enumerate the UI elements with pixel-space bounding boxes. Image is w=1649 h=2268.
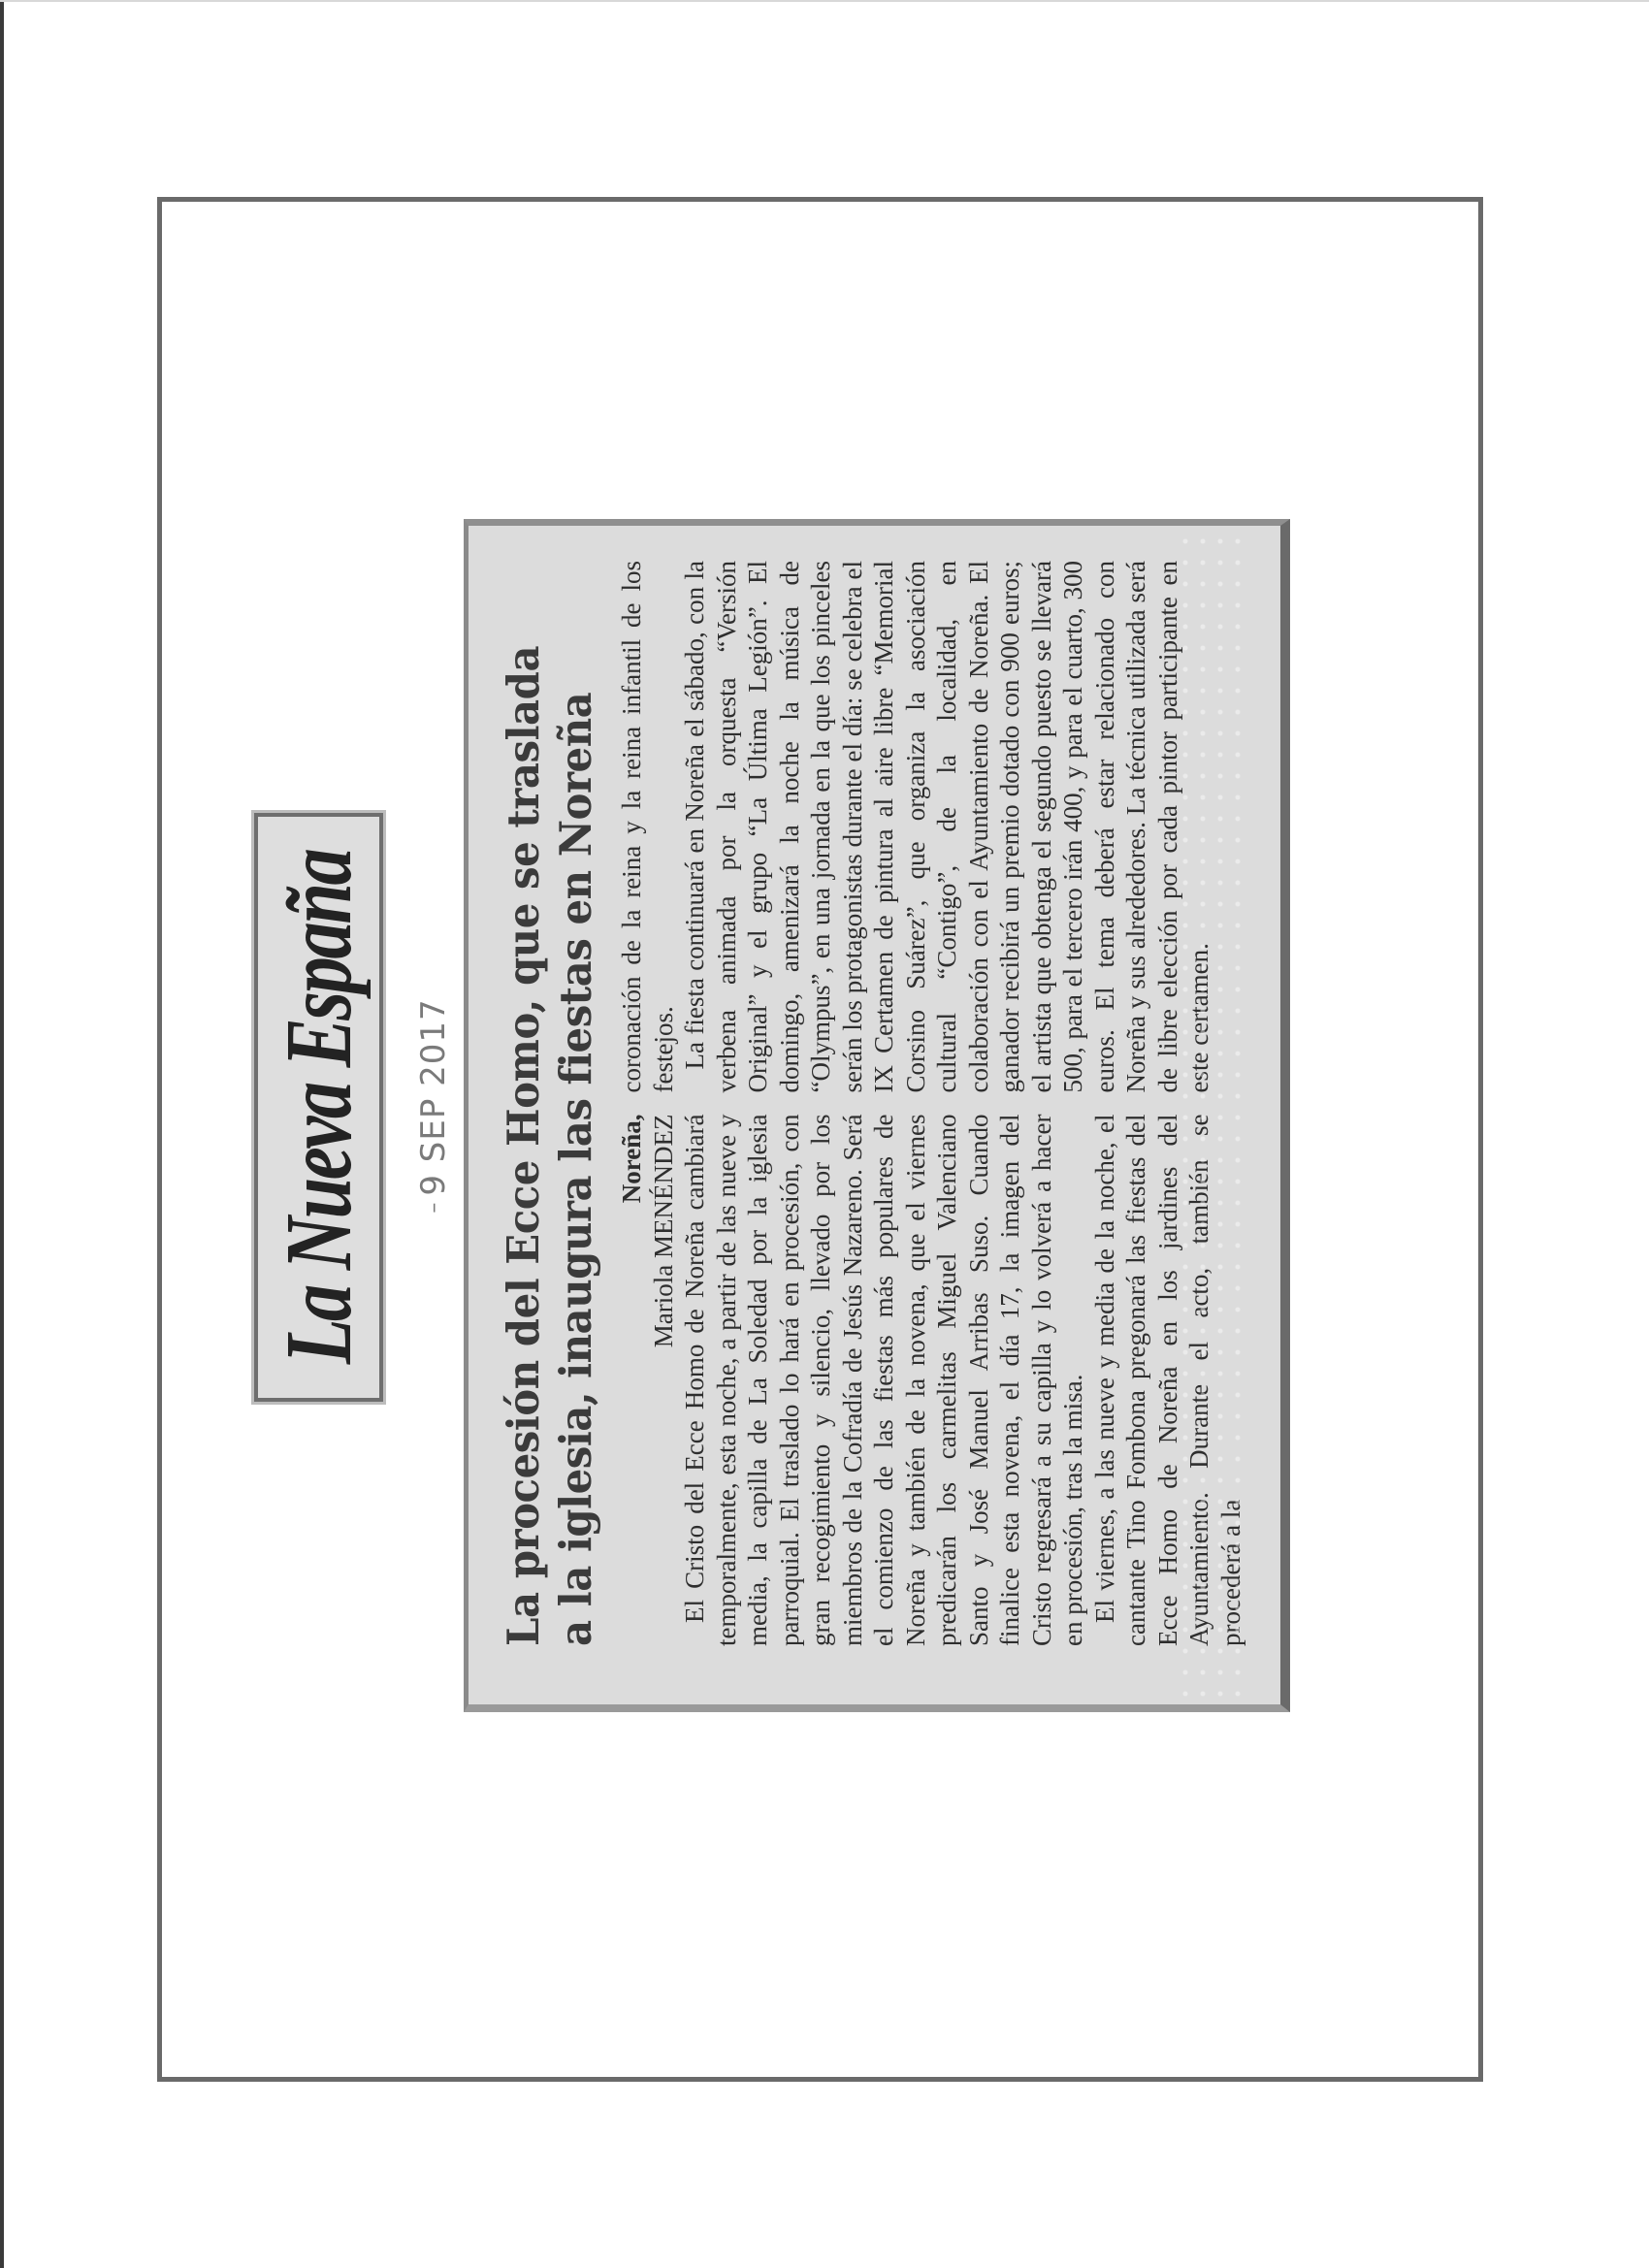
article-column-right: coronación de la reina y la reina infant… (616, 561, 1246, 1093)
byline-author: Mariola MENÉNDEZ (648, 1115, 680, 1647)
paragraph: El Cristo del Ecce Homo de Noreña cambia… (679, 1115, 1089, 1647)
date-stamp: – 9 SEP 2017 (412, 989, 455, 1222)
paragraph: El viernes, a las nueve y media de la no… (1089, 1115, 1247, 1647)
article-column-left: Noreña, Mariola MENÉNDEZ El Cristo del E… (616, 1115, 1246, 1647)
headline-line-1: La procesión del Ecce Homo, que se trasl… (498, 636, 550, 1646)
paragraph: La fiesta continuará en Noreña el sábado… (679, 561, 1215, 1093)
page-edge-top (0, 0, 1649, 2)
page-edge (0, 0, 4, 2268)
article-headline: La procesión del Ecce Homo, que se trasl… (498, 636, 602, 1646)
dateline: Noreña, (616, 1115, 648, 1647)
article-body: Noreña, Mariola MENÉNDEZ El Cristo del E… (616, 561, 1246, 1646)
date-stamp-text: 9 SEP 2017 (414, 998, 453, 1195)
headline-line-2: a la iglesia, inaugura las fiestas en No… (550, 636, 602, 1646)
newspaper-masthead: La Nueva España (254, 813, 383, 1402)
date-stamp-mark: – (422, 1202, 446, 1214)
paragraph: coronación de la reina y la reina infant… (616, 561, 679, 1093)
article-clipping: La procesión del Ecce Homo, que se trasl… (464, 519, 1290, 1712)
masthead-title: La Nueva España (265, 851, 373, 1365)
